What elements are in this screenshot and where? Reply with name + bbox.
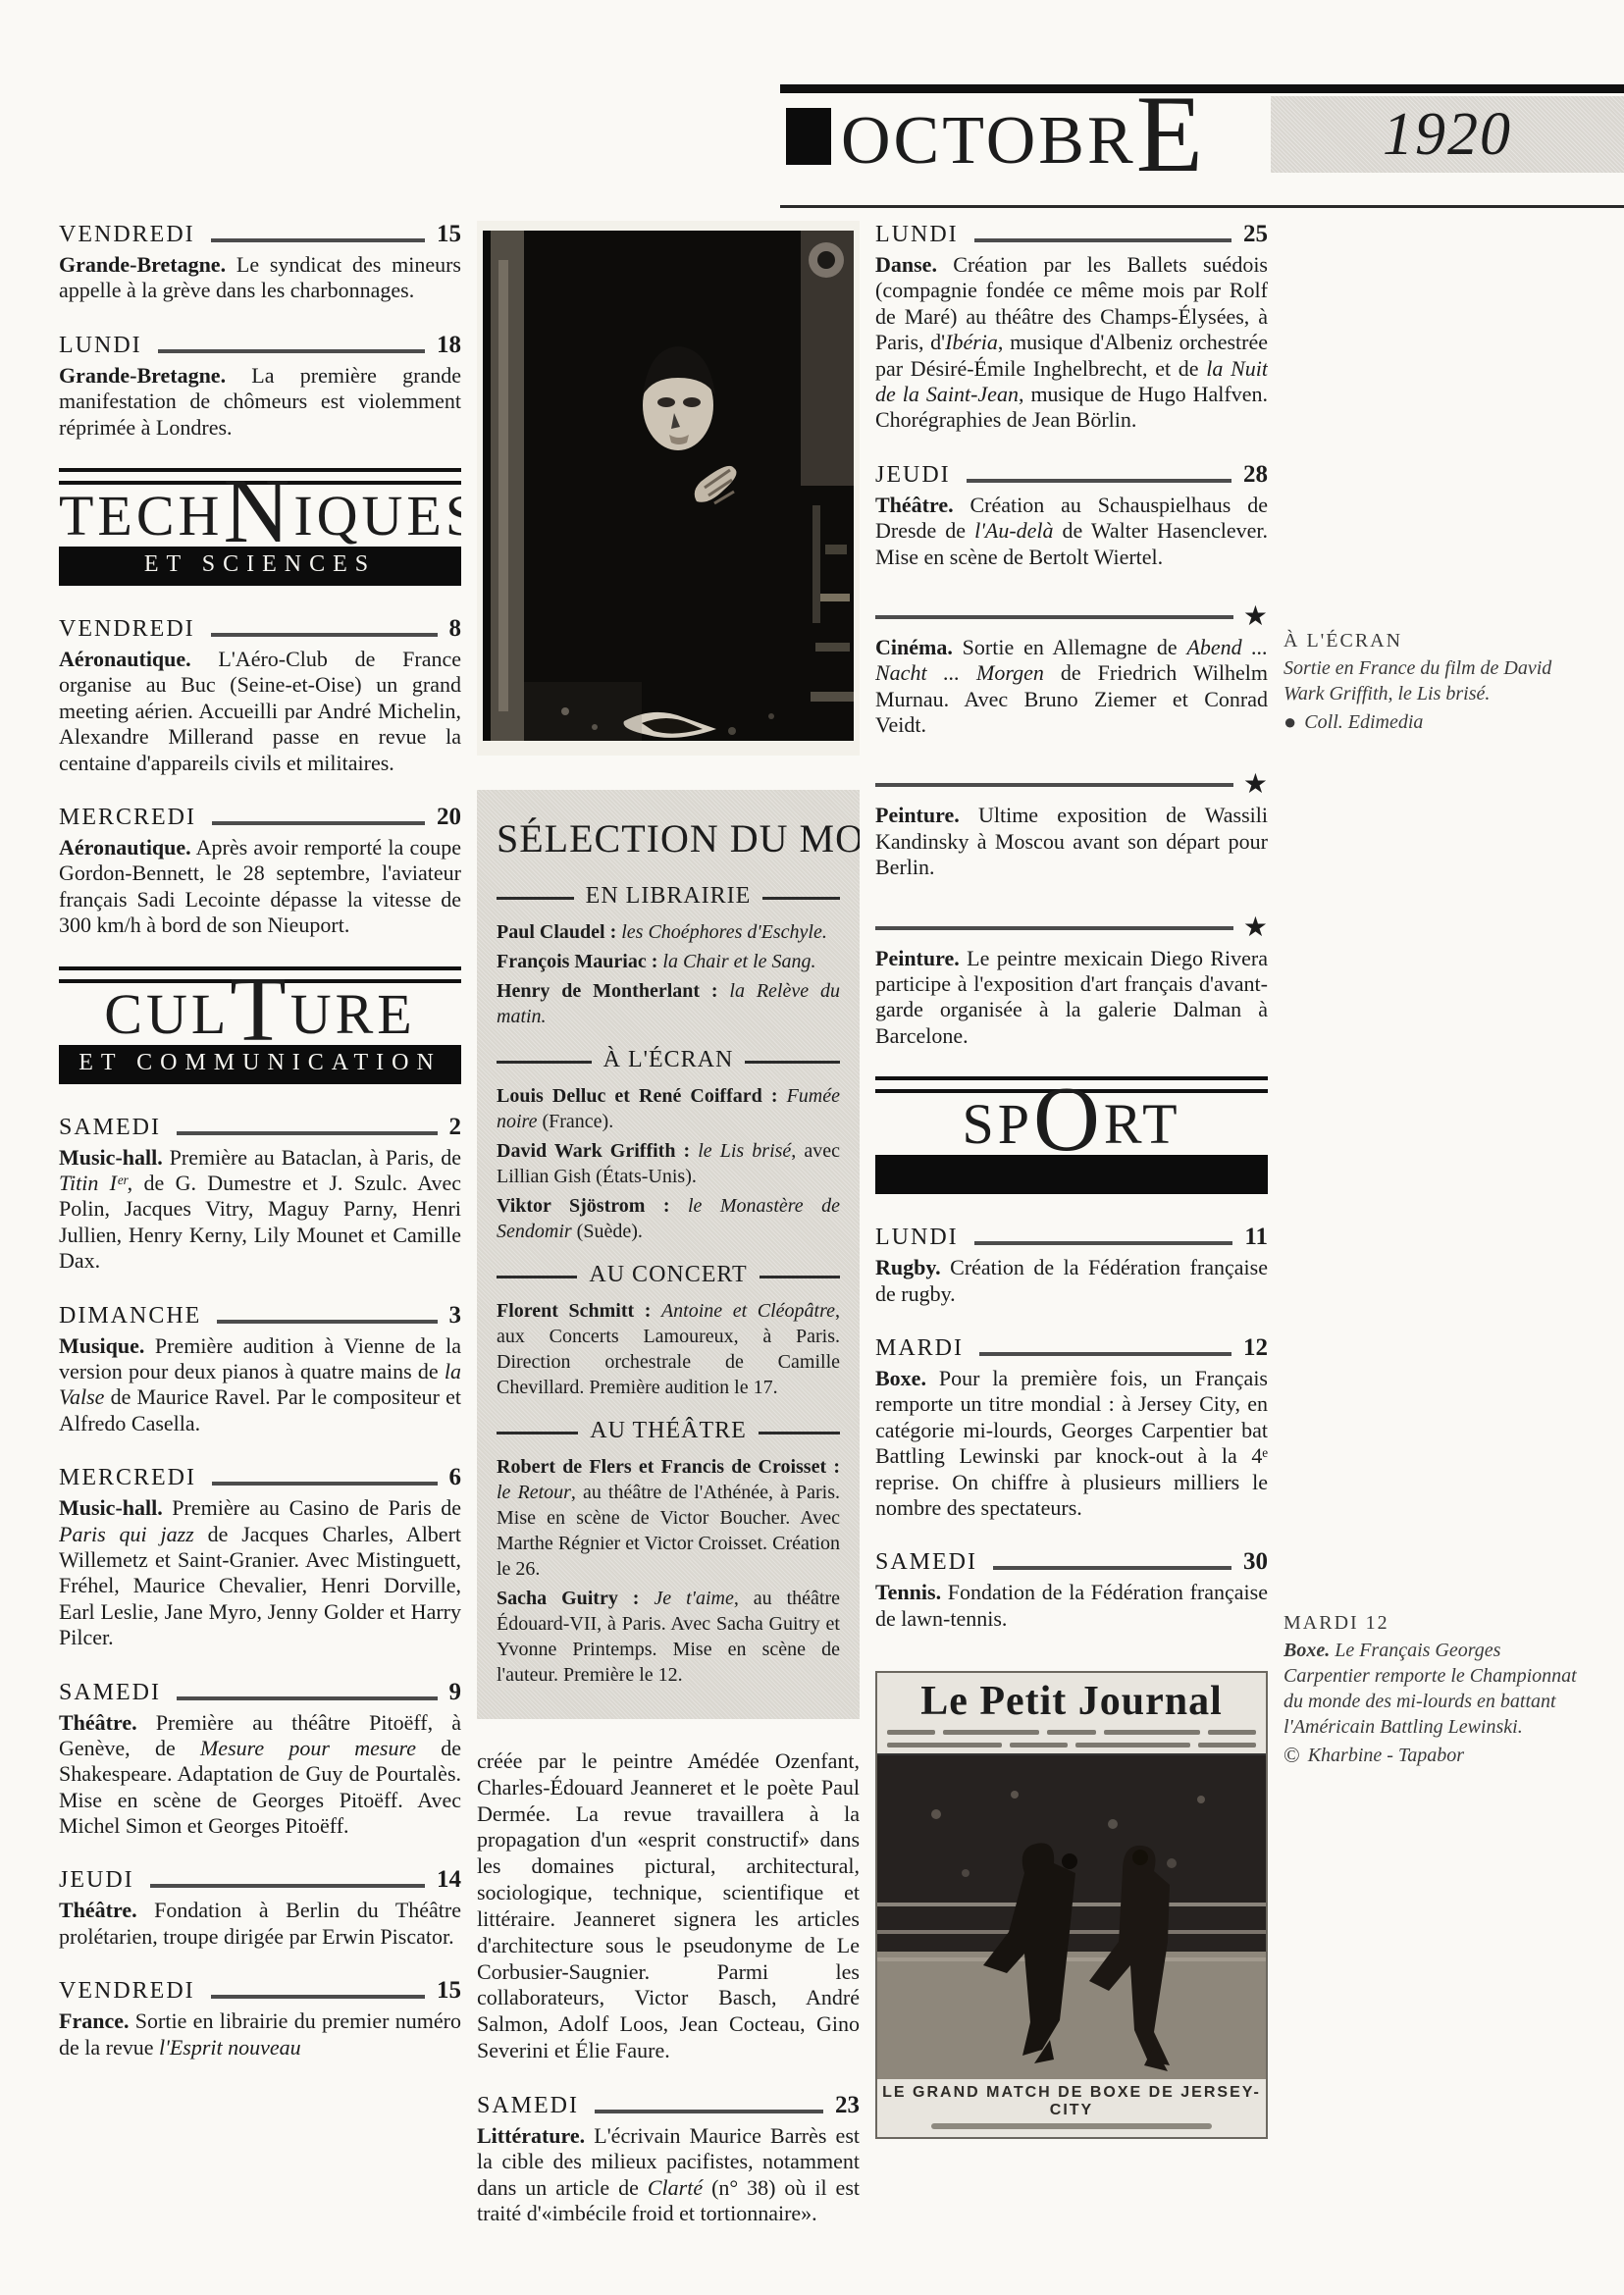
entry-header: SAMEDI 30: [875, 1548, 1268, 1576]
starred-entry-header: ★: [875, 603, 1268, 631]
film-still-photo: [477, 221, 860, 756]
heading-label: EN LIBRAIRIE: [586, 883, 752, 910]
entry-date-number: 25: [1243, 221, 1268, 248]
square-bullet-icon: [786, 108, 831, 165]
calendar-entry: VENDREDI 8 Aéronautique. L'Aéro-Club de …: [59, 615, 461, 776]
section-title-big-letter: O: [1033, 1069, 1104, 1171]
entry-date-number: 8: [449, 615, 462, 643]
entry-body: Music-hall. Première au Bataclan, à Pari…: [59, 1145, 461, 1275]
entry-day: LUNDI: [59, 333, 142, 359]
selection-section-heading: EN LIBRAIRIE: [497, 883, 840, 910]
entry-body: Théâtre. Première au théâtre Pitoëff, à …: [59, 1710, 461, 1840]
bullet-icon: ●: [1283, 711, 1296, 733]
starred-entries: ★ Cinéma. Sortie en Allemagne de Abend .…: [875, 603, 1268, 1049]
entry-header: SAMEDI 2: [59, 1114, 461, 1141]
starred-entry: ★ Peinture. Ultime exposition de Wassili…: [875, 771, 1268, 880]
entry-day: VENDREDI: [59, 222, 195, 248]
entry-date-number: 3: [449, 1302, 462, 1330]
entry-rule: [212, 821, 425, 825]
selection-box: SÉLECTION DU MOIS EN LIBRAIRIE: [477, 790, 860, 1719]
content-grid: VENDREDI 15 Grande-Bretagne. Le syndicat…: [59, 221, 1585, 2295]
section-header-sport: SPORT: [875, 1076, 1268, 1194]
entry-date-number: 12: [1243, 1334, 1268, 1362]
selection-section: EN LIBRAIRIE Paul Claudel : les Choéphor…: [497, 883, 840, 1029]
selection-item: Paul Claudel : les Choéphores d'Eschyle.: [497, 919, 840, 945]
entry-header: JEUDI 14: [59, 1866, 461, 1894]
entry-day: SAMEDI: [59, 1115, 161, 1141]
margin-note-boxe: MARDI 12 Boxe. Le Français Georges Carpe…: [1283, 1610, 1585, 1768]
entry-day: MERCREDI: [59, 1465, 196, 1491]
entry-day: MARDI: [875, 1335, 964, 1362]
calendar-entry: LUNDI 11 Rugby. Création de la Fédératio…: [875, 1224, 1268, 1307]
entry-body: France. Sortie en librairie du premier n…: [59, 2008, 461, 2060]
entry-rule: [158, 349, 425, 353]
entry-rule: [212, 1482, 437, 1486]
entry-body: Aéronautique. Après avoir remporté la co…: [59, 835, 461, 939]
margin-spacer: [1283, 735, 1585, 1610]
entry-header: VENDREDI 15: [59, 221, 461, 248]
entry-date-number: 30: [1243, 1548, 1268, 1576]
star-icon: ★: [1243, 771, 1268, 799]
section-header-culture: CULTURE ET COMMUNICATION: [59, 966, 461, 1084]
entry-rule: [177, 1131, 437, 1135]
entry-date-number: 11: [1244, 1224, 1268, 1251]
page-title: OCTOBRE: [841, 110, 1257, 173]
entry-date-number: 20: [437, 804, 461, 831]
entry-day: LUNDI: [875, 1225, 959, 1251]
entry-body: Danse. Création par les Ballets suédois …: [875, 252, 1268, 434]
heading-right-rule: [759, 1432, 840, 1434]
credit-text: Kharbine - Tapabor: [1308, 1743, 1464, 1768]
newspaper-masthead: Le Petit Journal: [887, 1681, 1256, 1722]
entry-day: SAMEDI: [59, 1680, 161, 1706]
sport-entries: LUNDI 11 Rugby. Création de la Fédératio…: [875, 1224, 1268, 1632]
newspaper-subhead-lines: [887, 1743, 1256, 1747]
entry-date-number: 18: [437, 332, 461, 359]
entry-rule: [150, 1884, 425, 1888]
title-big-letter: E: [1136, 74, 1206, 195]
entry-day: DIMANCHE: [59, 1303, 201, 1330]
entry-header: MARDI 12: [875, 1334, 1268, 1362]
heading-label: AU THÉÂTRE: [590, 1418, 747, 1444]
calendar-entry: LUNDI 18 Grande-Bretagne. La première gr…: [59, 332, 461, 441]
calendar-entry: LUNDI 25 Danse. Création par les Ballets…: [875, 221, 1268, 434]
entry-rule: [211, 1995, 425, 1999]
selection-title: SÉLECTION DU MOIS: [497, 815, 840, 861]
entry-header: LUNDI 11: [875, 1224, 1268, 1251]
section-title-pre: CUL: [104, 982, 230, 1046]
selection-item: Louis Delluc et René Coiffard : Fumée no…: [497, 1083, 840, 1134]
entry-day: JEUDI: [59, 1867, 134, 1894]
entry-rule: [974, 1241, 1233, 1245]
entry-date-number: 23: [835, 2092, 860, 2119]
calendar-entry: MERCREDI 6 Music-hall. Première au Casin…: [59, 1464, 461, 1650]
calendar-entry: MERCREDI 20 Aéronautique. Après avoir re…: [59, 804, 461, 939]
entry-body: Peinture. Le peintre mexicain Diego Rive…: [875, 946, 1268, 1050]
entry-date-number: 6: [449, 1464, 462, 1491]
margin-note-ecran: À L'ÉCRAN Sortie en France du film de Da…: [1283, 628, 1585, 735]
selection-section-heading: AU CONCERT: [497, 1262, 840, 1288]
entry-body: Boxe. Pour la première fois, un Français…: [875, 1366, 1268, 1521]
heading-left-rule: [497, 1276, 577, 1278]
entry-rule: [177, 1696, 437, 1700]
calendar-entry: SAMEDI 30 Tennis. Fondation de la Fédéra…: [875, 1548, 1268, 1632]
star-icon: ★: [1243, 914, 1268, 942]
selection-item: François Mauriac : la Chair et le Sang.: [497, 949, 840, 974]
entry-header: LUNDI 25: [875, 221, 1268, 248]
entry-body: Grande-Bretagne. Le syndicat des mineurs…: [59, 252, 461, 304]
calendar-entry: MARDI 12 Boxe. Pour la première fois, un…: [875, 1334, 1268, 1521]
calendar-entry: SAMEDI 2 Music-hall. Première au Batacla…: [59, 1114, 461, 1275]
entry-day: MERCREDI: [59, 805, 196, 831]
section-title-post: IQUES: [293, 484, 461, 548]
margin-note-body: Boxe. Le Français Georges Carpentier rem…: [1283, 1638, 1579, 1740]
left-column: VENDREDI 15 Grande-Bretagne. Le syndicat…: [59, 221, 461, 2295]
heading-left-rule: [497, 1061, 592, 1064]
margin-note-heading: À L'ÉCRAN: [1283, 628, 1579, 653]
entry-date-number: 28: [1243, 461, 1268, 489]
entry-body: Peinture. Ultime exposition de Wassili K…: [875, 803, 1268, 880]
entry-rule: [217, 1320, 437, 1324]
starred-entry-header: ★: [875, 914, 1268, 942]
continuation-paragraph: créée par le peintre Amédée Ozenfant, Ch…: [477, 1748, 860, 2064]
entry-header: DIMANCHE 3: [59, 1302, 461, 1330]
section-title-post: URE: [290, 982, 416, 1046]
boxing-photo: [877, 1755, 1266, 2079]
entry-body: Cinéma. Sortie en Allemagne de Abend ...…: [875, 635, 1268, 739]
header-row: OCTOBRE 1920: [780, 96, 1624, 173]
right-entries: LUNDI 25 Danse. Création par les Ballets…: [875, 221, 1268, 570]
starred-entry-header: ★: [875, 771, 1268, 799]
section-title: TECHNIQUES: [59, 489, 461, 543]
copyright-icon: ©: [1283, 1745, 1300, 1766]
star-rule: [875, 926, 1233, 930]
star-icon: ★: [1243, 603, 1268, 631]
section-title-big-letter: T: [230, 959, 289, 1061]
heading-left-rule: [497, 1432, 578, 1434]
techniques-entries: VENDREDI 8 Aéronautique. L'Aéro-Club de …: [59, 615, 461, 939]
credit-text: Coll. Edimedia: [1304, 709, 1423, 735]
entry-rule: [211, 238, 425, 242]
entry-rule: [979, 1352, 1231, 1356]
selection-items: Louis Delluc et René Coiffard : Fumée no…: [497, 1083, 840, 1244]
selection-section-heading: À L'ÉCRAN: [497, 1047, 840, 1073]
entry-header: SAMEDI 23: [477, 2092, 860, 2119]
selection-section: À L'ÉCRAN Louis Delluc et René Coiffard …: [497, 1047, 840, 1244]
newspaper-caption-subline: [931, 2123, 1211, 2129]
margin-note-credit: ● Coll. Edimedia: [1283, 709, 1579, 735]
entry-header: VENDREDI 15: [59, 1977, 461, 2005]
selection-items: Florent Schmitt : Antoine et Cléopâtre, …: [497, 1298, 840, 1400]
entry-body: Musique. Première audition à Vienne de l…: [59, 1333, 461, 1437]
entry-rule: [993, 1566, 1231, 1570]
entry-rule: [974, 238, 1231, 242]
section-title-pre: TECH: [59, 484, 223, 548]
margin-column: À L'ÉCRAN Sortie en France du film de Da…: [1283, 221, 1585, 2295]
section-title: CULTURE: [59, 987, 461, 1041]
margin-spacer: [1283, 221, 1585, 628]
section-title: SPORT: [875, 1097, 1268, 1151]
entry-date-number: 15: [437, 1977, 461, 2005]
starred-entry: ★ Peinture. Le peintre mexicain Diego Ri…: [875, 914, 1268, 1050]
star-rule: [875, 615, 1233, 619]
entry-date-number: 9: [449, 1679, 462, 1706]
entry-header: MERCREDI 20: [59, 804, 461, 831]
selection-section-heading: AU THÉÂTRE: [497, 1418, 840, 1444]
entry-day: VENDREDI: [59, 1978, 195, 2005]
entry-body: Littérature. L'écrivain Maurice Barrès e…: [477, 2123, 860, 2227]
entry-body: Rugby. Création de la Fédération françai…: [875, 1255, 1268, 1307]
entry-date-number: 15: [437, 221, 461, 248]
right-column: LUNDI 25 Danse. Création par les Ballets…: [875, 221, 1268, 2295]
newspaper-image: Le Petit Journal: [875, 1671, 1268, 2139]
selection-sections: EN LIBRAIRIE Paul Claudel : les Choéphor…: [497, 883, 840, 1688]
selection-section: AU CONCERT Florent Schmitt : Antoine et …: [497, 1262, 840, 1400]
title-pre: OCTOBR: [841, 103, 1136, 179]
selection-item: Viktor Sjöstrom : le Monastère de Sendom…: [497, 1193, 840, 1244]
margin-note-credit: © Kharbine - Tapabor: [1283, 1743, 1579, 1768]
section-title-post: RT: [1104, 1092, 1181, 1156]
calendar-entry: VENDREDI 15 Grande-Bretagne. Le syndicat…: [59, 221, 461, 304]
selection-item: Henry de Montherlant : la Relève du mati…: [497, 978, 840, 1029]
selection-items: Robert de Flers et Francis de Croisset :…: [497, 1454, 840, 1688]
entry-day: SAMEDI: [875, 1549, 977, 1576]
magazine-page: OCTOBRE 1920 VENDREDI 15 Grande-Bretagne…: [0, 0, 1624, 2295]
newspaper-caption: LE GRAND MATCH DE BOXE DE JERSEY-CITY: [877, 2079, 1266, 2120]
selection-item: Sacha Guitry : Je t'aime, au théâtre Édo…: [497, 1586, 840, 1688]
starred-entry: ★ Cinéma. Sortie en Allemagne de Abend .…: [875, 603, 1268, 739]
selection-items: Paul Claudel : les Choéphores d'Eschyle.…: [497, 919, 840, 1029]
entry-body: Tennis. Fondation de la Fédération franç…: [875, 1580, 1268, 1632]
page-header: OCTOBRE 1920: [780, 84, 1624, 208]
newspaper-subhead-lines: [887, 1730, 1256, 1735]
section-title-big-letter: N: [223, 460, 293, 562]
heading-left-rule: [497, 897, 574, 900]
heading-right-rule: [760, 1276, 840, 1278]
heading-label: AU CONCERT: [589, 1262, 747, 1288]
culture-entries: SAMEDI 2 Music-hall. Première au Batacla…: [59, 1114, 461, 2060]
section-title-pre: SP: [962, 1092, 1033, 1156]
entry-body: Aéronautique. L'Aéro-Club de France orga…: [59, 647, 461, 776]
heading-right-rule: [762, 897, 840, 900]
entry-day: LUNDI: [875, 222, 959, 248]
selection-section: AU THÉÂTRE Robert de Flers et Francis de…: [497, 1418, 840, 1688]
calendar-entry: JEUDI 14 Théâtre. Fondation à Berlin du …: [59, 1866, 461, 1950]
entry-rule: [211, 633, 438, 637]
entry-header: LUNDI 18: [59, 332, 461, 359]
left-top-entries: VENDREDI 15 Grande-Bretagne. Le syndicat…: [59, 221, 461, 441]
middle-column: SÉLECTION DU MOIS EN LIBRAIRIE: [477, 221, 860, 2295]
entry-body: Théâtre. Fondation à Berlin du Théâtre p…: [59, 1898, 461, 1950]
entry-header: SAMEDI 9: [59, 1679, 461, 1706]
entry-header: VENDREDI 8: [59, 615, 461, 643]
margin-note-heading: MARDI 12: [1283, 1610, 1579, 1636]
entry-day: VENDREDI: [59, 616, 195, 643]
entry-day: SAMEDI: [477, 2093, 579, 2119]
year-badge: 1920: [1271, 96, 1624, 173]
calendar-entry: SAMEDI 23 Littérature. L'écrivain Mauric…: [477, 2092, 860, 2227]
entry-body: Grande-Bretagne. La première grande mani…: [59, 363, 461, 441]
entry-date-number: 14: [437, 1866, 461, 1894]
header-bottom-rule: [780, 205, 1624, 208]
entry-rule: [595, 2110, 823, 2113]
selection-item: David Wark Griffith : le Lis brisé, avec…: [497, 1138, 840, 1189]
calendar-entry: DIMANCHE 3 Musique. Première audition à …: [59, 1302, 461, 1437]
calendar-entry: SAMEDI 9 Théâtre. Première au théâtre Pi…: [59, 1679, 461, 1840]
section-header-techniques: TECHNIQUES ET SCIENCES: [59, 468, 461, 586]
entry-header: JEUDI 28: [875, 461, 1268, 489]
entry-header: MERCREDI 6: [59, 1464, 461, 1491]
star-rule: [875, 783, 1233, 787]
selection-item: Robert de Flers et Francis de Croisset :…: [497, 1454, 840, 1582]
entry-day: JEUDI: [875, 462, 951, 489]
entry-date-number: 2: [449, 1114, 462, 1141]
selection-item: Florent Schmitt : Antoine et Cléopâtre, …: [497, 1298, 840, 1400]
margin-note-body: Sortie en France du film de David Wark G…: [1283, 655, 1579, 706]
heading-label: À L'ÉCRAN: [603, 1047, 734, 1073]
entry-body: Théâtre. Création au Schauspielhaus de D…: [875, 493, 1268, 570]
heading-right-rule: [745, 1061, 840, 1064]
newspaper-header: Le Petit Journal: [877, 1673, 1266, 1755]
entry-rule: [967, 479, 1231, 483]
calendar-entry: VENDREDI 15 France. Sortie en librairie …: [59, 1977, 461, 2060]
entry-body: Music-hall. Première au Casino de Paris …: [59, 1495, 461, 1650]
calendar-entry: JEUDI 28 Théâtre. Création au Schauspiel…: [875, 461, 1268, 570]
